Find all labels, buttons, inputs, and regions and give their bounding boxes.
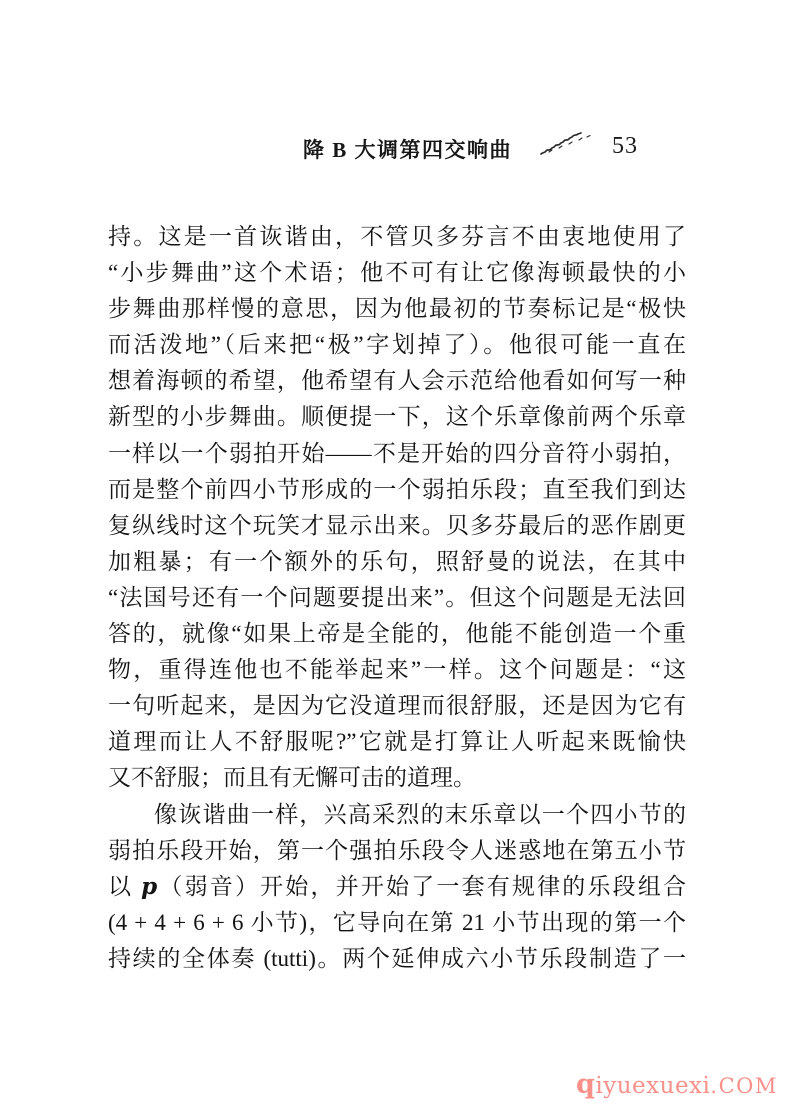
watermark: qiyuexuexi.COM <box>576 1069 778 1100</box>
page-number: 53 <box>612 133 638 160</box>
text-line: 而活泼地”（后来把“极”字划掉了）。他很可能一直在 <box>108 327 686 363</box>
book-page: 降 B 大调第四交响曲 53 持。这是一首诙谐由，不管贝多芬言不由衷地使用了 “… <box>0 0 794 1120</box>
text-line: 想着海顿的希望，他希望有人会示范给他看如何写一种 <box>108 363 686 399</box>
dynamic-marking-p: p <box>141 873 157 900</box>
body-text: 持。这是一首诙谐由，不管贝多芬言不由衷地使用了 “小步舞曲”这个术语；他不可有让… <box>108 219 686 977</box>
text-line: 一样以一个弱拍开始——不是开始的四分音符小弱拍， <box>108 436 686 472</box>
text-line: 持。这是一首诙谐由，不管贝多芬言不由衷地使用了 <box>108 219 686 255</box>
text-line: 步舞曲那样慢的意思，因为他最初的节奏标记是“极快 <box>108 291 686 327</box>
text-line: 一句听起来，是因为它没道理而很舒服，还是因为它有 <box>108 688 686 724</box>
text-line: 新型的小步舞曲。顺便提一下，这个乐章像前两个乐章 <box>108 399 686 435</box>
text-line: 而是整个前四小节形成的一个弱拍乐段；直至我们到达 <box>108 472 686 508</box>
text-line: 答的，就像“如果上帝是全能的，他能不能创造一个重 <box>108 616 686 652</box>
watermark-tld: .COM <box>710 1074 777 1098</box>
text-line: “小步舞曲”这个术语；他不可有让它像海顿最快的小 <box>108 255 686 291</box>
text-line: 物，重得连他也不能举起来”一样。这个问题是：“这 <box>108 652 686 688</box>
text-line: 复纵线时这个玩笑才显示出来。贝多芬最后的恶作剧更 <box>108 508 686 544</box>
chapter-title: 降 B 大调第四交响曲 <box>303 134 512 164</box>
text-line-paragraph-end: 又不舒服；而且有无懈可击的道理。 <box>108 760 686 796</box>
text-segment: 以 <box>108 874 141 899</box>
text-line-paragraph-start: 像诙谐曲一样，兴高采烈的末乐章以一个四小节的 <box>108 797 686 833</box>
text-line: “法国号还有一个问题要提出来”。但这个问题是无法回 <box>108 580 686 616</box>
text-segment: （弱音）开始，并开始了一套有规律的乐段组合 <box>157 874 686 899</box>
text-line: (4 + 4 + 6 + 6 小节)，它导向在第 21 小节出现的第一个 <box>108 905 686 941</box>
text-line: 加粗暴；有一个额外的乐句，照舒曼的说法，在其中 <box>108 544 686 580</box>
text-line: 道理而让人不舒服呢?”它就是打算让人听起来既愉快 <box>108 724 686 760</box>
watermark-text: iyuexuexi <box>595 1073 710 1099</box>
text-line-with-dynamic: 以 p（弱音）开始，并开始了一套有规律的乐段组合 <box>108 869 686 905</box>
text-line: 弱拍乐段开始，第一个强拍乐段令人迷惑地在第五小节 <box>108 833 686 869</box>
watermark-lead: q <box>576 1069 595 1100</box>
scribble-mark-icon <box>539 131 595 157</box>
text-line: 持续的全体奏 (tutti)。两个延伸成六小节乐段制造了一 <box>108 941 686 977</box>
